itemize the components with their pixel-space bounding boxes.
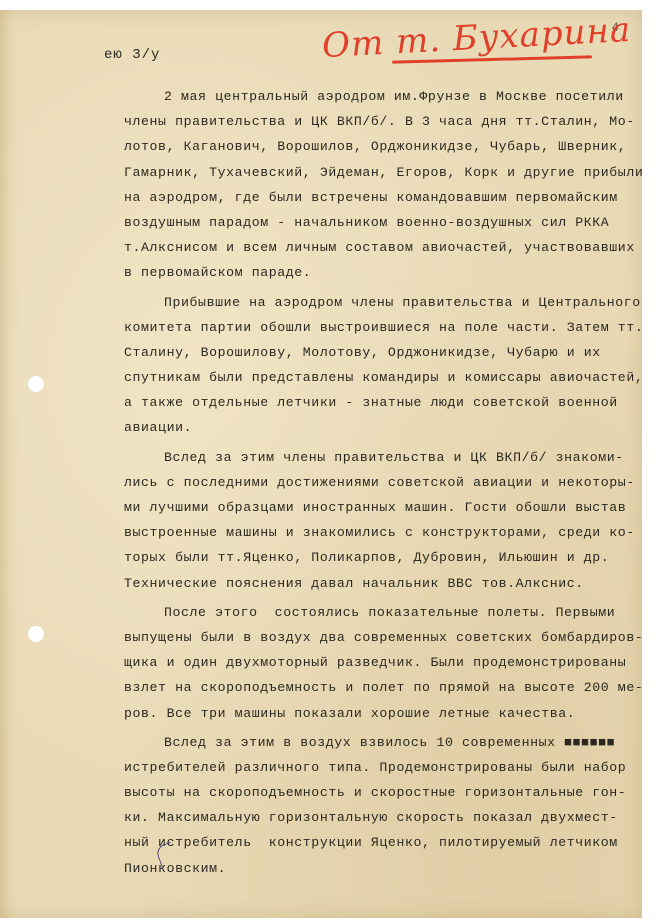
text-line: Пионковским. <box>124 856 644 881</box>
text-line: высоты на скороподъемность и скоростные … <box>124 780 644 805</box>
text-line: Технические пояснения давал начальник ВВ… <box>124 571 644 596</box>
text-line: истребителей различного типа. Продемонст… <box>124 755 644 780</box>
punch-hole <box>28 626 44 642</box>
paragraph: После этого состоялись показательные пол… <box>124 600 644 726</box>
text-line: спутникам были представлены командиры и … <box>124 365 644 390</box>
text-line: Вслед за этим члены правительства и ЦК В… <box>124 445 644 470</box>
text-line: 2 мая центральный аэродром им.Фрунзе в М… <box>124 84 644 109</box>
text-line: Гамарник, Тухачевский, Эйдеман, Егоров, … <box>124 160 644 185</box>
text-line: ми лучшими образцами иностранных машин. … <box>124 495 644 520</box>
text-line: ров. Все три машины показали хорошие лет… <box>124 701 644 726</box>
text-line: Сталину, Ворошилову, Молотову, Орджоники… <box>124 340 644 365</box>
text-line: лотов, Каганович, Ворошилов, Орджоникидз… <box>124 134 644 159</box>
text-line: Вслед за этим в воздух взвилось 10 совре… <box>124 730 644 755</box>
text-line: После этого состоялись показательные пол… <box>124 600 644 625</box>
text-line: в первомайском параде. <box>124 260 644 285</box>
text-line: ный истребитель конструкции Яценко, пило… <box>124 830 644 855</box>
text-line: лись с последними достижениями советской… <box>124 470 644 495</box>
text-line: щика и один двухмоторный разведчик. Были… <box>124 650 644 675</box>
paragraph: Вслед за этим члены правительства и ЦК В… <box>124 445 644 596</box>
text-line: а также отдельные летчики - знатные люди… <box>124 390 644 415</box>
text-line: комитета партии обошли выстроившиеся на … <box>124 315 644 340</box>
punch-hole <box>28 376 44 392</box>
paragraph: 2 мая центральный аэродром им.Фрунзе в М… <box>124 84 644 286</box>
text-line: выстроенные машины и знакомились с конст… <box>124 520 644 545</box>
text-line: взлет на скороподъемность и полет по пря… <box>124 675 644 700</box>
text-line: на аэродром, где были встречены командов… <box>124 185 644 210</box>
text-line: т.Алкснисом и всем личным составом авиоч… <box>124 235 644 260</box>
paragraph: Вслед за этим в воздух взвилось 10 совре… <box>124 730 644 881</box>
text-line: члены правительства и ЦК ВКП/б/. В 3 час… <box>124 109 644 134</box>
text-line: авиации. <box>124 415 644 440</box>
text-line: воздушным парадом - начальником военно-в… <box>124 210 644 235</box>
document-code: ею 3/у <box>104 47 160 63</box>
text-line: ки. Максимальную горизонтальную скорость… <box>124 805 644 830</box>
paragraph: Прибывшие на аэродром члены правительств… <box>124 290 644 441</box>
typewritten-body: 2 мая центральный аэродром им.Фрунзе в М… <box>124 84 644 881</box>
text-line: торых были тт.Яценко, Поликарпов, Дубров… <box>124 545 644 570</box>
text-line: выпущены были в воздух два современных с… <box>124 625 644 650</box>
text-line: Прибывшие на аэродром члены правительств… <box>124 290 644 315</box>
